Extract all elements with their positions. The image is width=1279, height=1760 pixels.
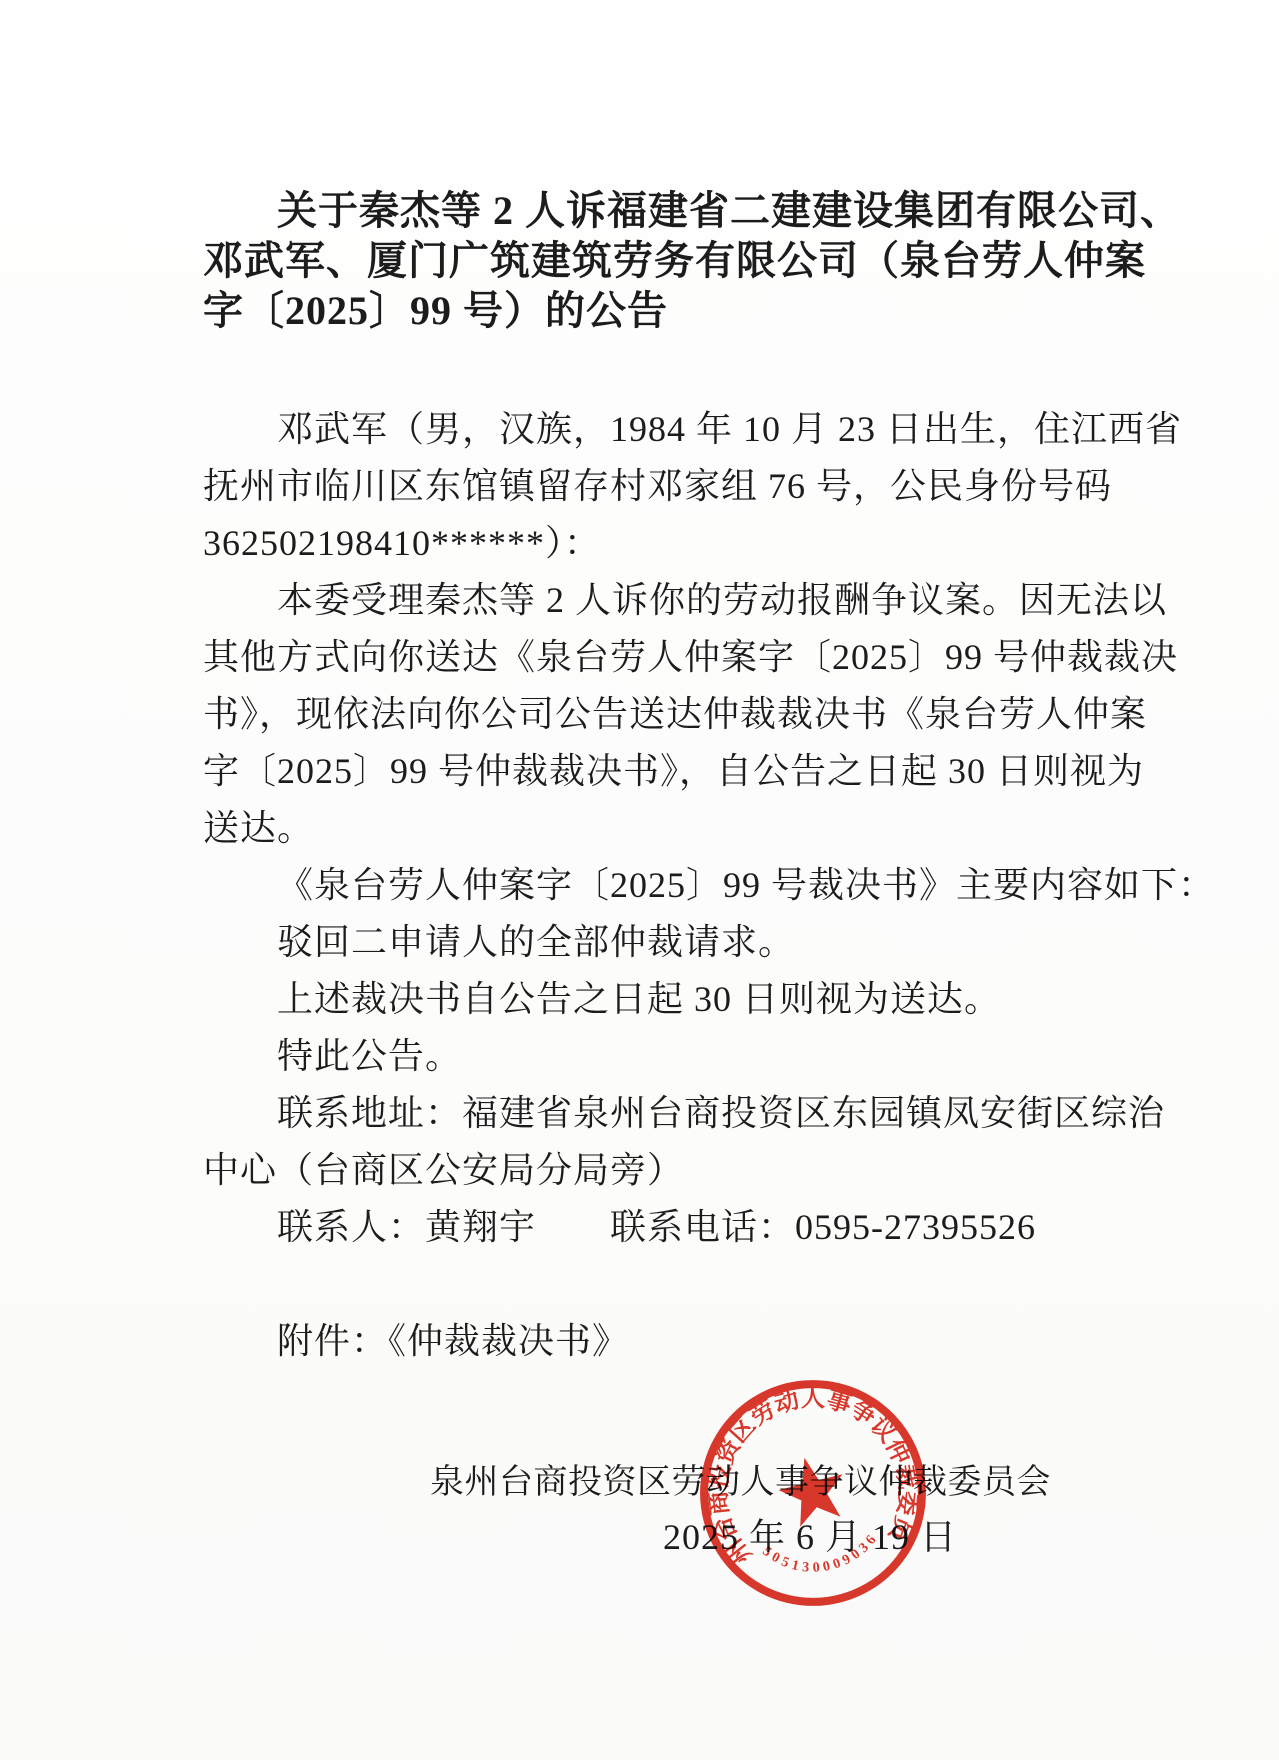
announcement-body: 邓武军（男，汉族，1984 年 10 月 23 日出生，住江西省抚州市临川区东馆… xyxy=(203,401,1118,1370)
body-line-6: 书》，现依法向你公司公告送达仲裁裁决书《泉台劳人仲案 xyxy=(203,686,1118,743)
body-line-7: 字〔2025〕99 号仲裁裁决书》，自公告之日起 30 日则视为 xyxy=(203,743,1118,800)
body-line-8: 送达。 xyxy=(203,800,1118,857)
body-line-3: 362502198410******）： xyxy=(203,515,1118,572)
title-line-2: 邓武军、厦门广筑建筑劳务有限公司（泉台劳人仲案 xyxy=(203,236,1118,286)
body-line-17: 附件：《仲裁裁决书》 xyxy=(203,1313,1118,1370)
body-line-11: 上述裁决书自公告之日起 30 日则视为送达。 xyxy=(203,971,1118,1028)
svg-text:505130009036: 505130009036 xyxy=(758,1528,886,1584)
official-red-seal: 泉州台商投资区劳动人事争议仲裁委员会 505130009036 xyxy=(692,1370,934,1616)
body-line-1: 邓武军（男，汉族，1984 年 10 月 23 日出生，住江西省 xyxy=(203,401,1118,458)
announcement-title: 关于秦杰等 2 人诉福建省二建建设集团有限公司、 邓武军、厦门广筑建筑劳务有限公… xyxy=(203,186,1118,336)
body-line-2: 抚州市临川区东馆镇留存村邓家组 76 号，公民身份号码 xyxy=(203,458,1118,515)
body-line-4: 本委受理秦杰等 2 人诉你的劳动报酬争议案。因无法以 xyxy=(203,572,1118,629)
body-line-13: 联系地址：福建省泉州台商投资区东园镇凤安街区综治 xyxy=(203,1085,1118,1142)
seal-star-icon xyxy=(773,1450,853,1530)
body-line-14: 中心（台商区公安局分局旁） xyxy=(203,1142,1118,1199)
title-line-1: 关于秦杰等 2 人诉福建省二建建设集团有限公司、 xyxy=(203,186,1118,236)
body-line-15: 联系人：黄翔宇 联系电话：0595-27395526 xyxy=(203,1199,1118,1256)
body-line-12: 特此公告。 xyxy=(203,1028,1118,1085)
body-line-10: 驳回二申请人的全部仲裁请求。 xyxy=(203,914,1118,971)
body-line-5: 其他方式向你送达《泉台劳人仲案字〔2025〕99 号仲裁裁决 xyxy=(203,629,1118,686)
blank-line xyxy=(203,1256,1118,1313)
title-line-3: 字〔2025〕99 号）的公告 xyxy=(203,286,1118,336)
body-line-9: 《泉台劳人仲案字〔2025〕99 号裁决书》主要内容如下： xyxy=(203,857,1118,914)
document-page: 关于秦杰等 2 人诉福建省二建建设集团有限公司、 邓武军、厦门广筑建筑劳务有限公… xyxy=(0,0,1279,1760)
seal-code: 505130009036 xyxy=(758,1528,886,1584)
